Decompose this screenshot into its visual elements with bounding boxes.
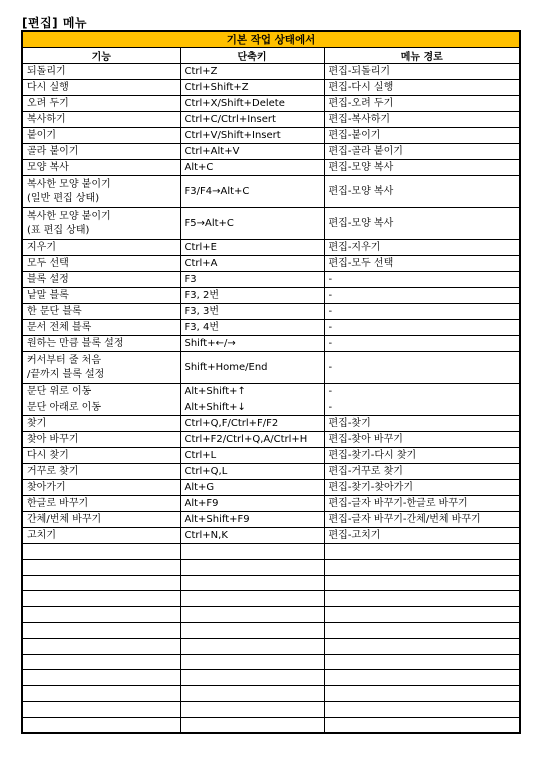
menu-path-cell: 편집-거꾸로 찾기 xyxy=(324,464,520,480)
shortcut-cell: F3, 3번 xyxy=(180,304,324,320)
shortcut-cell: Ctrl+N,K xyxy=(180,528,324,544)
shortcut-cell: F3 xyxy=(180,272,324,288)
cell-text: F3, 4번 xyxy=(185,320,320,335)
menu-path-cell: 편집-모양 복사 xyxy=(324,208,520,240)
menu-path-cell-empty xyxy=(324,607,520,623)
cell-text: 편집-모양 복사 xyxy=(329,160,516,175)
function-cell: 복사한 모양 붙이기(표 편집 상태) xyxy=(22,208,180,240)
cell-text: 고치기 xyxy=(27,528,176,543)
cell-text: Ctrl+C/Ctrl+Insert xyxy=(185,112,320,127)
cell-text: Alt+G xyxy=(185,480,320,495)
function-cell: 문서 전체 블록 xyxy=(22,320,180,336)
function-cell: 붙이기 xyxy=(22,128,180,144)
cell-text: Alt+F9 xyxy=(185,496,320,511)
menu-path-cell-empty xyxy=(324,717,520,733)
shortcut-cell: Alt+F9 xyxy=(180,496,324,512)
cell-text: 편집-골라 붙이기 xyxy=(329,144,516,159)
menu-path-cell-empty xyxy=(324,575,520,591)
cell-text: - xyxy=(329,320,516,335)
function-cell: 문단 위로 이동문단 아래로 이동 xyxy=(22,384,180,416)
cell-text: Ctrl+V/Shift+Insert xyxy=(185,128,320,143)
table-row: 다시 실행Ctrl+Shift+Z편집-다시 실행 xyxy=(22,80,520,96)
function-cell-empty xyxy=(22,575,180,591)
shortcut-cell: Ctrl+X/Shift+Delete xyxy=(180,96,324,112)
cell-text: 편집-고치기 xyxy=(329,528,516,543)
shortcut-cell: Shift+Home/End xyxy=(180,352,324,384)
table-row: 찾기Ctrl+Q,F/Ctrl+F/F2편집-찾기 xyxy=(22,416,520,432)
table-row: 한 문단 블록F3, 3번- xyxy=(22,304,520,320)
cell-text: 지우기 xyxy=(27,240,176,255)
menu-path-cell: 편집-복사하기 xyxy=(324,112,520,128)
cell-text: Alt+Shift+F9 xyxy=(185,512,320,527)
function-cell: 오려 두기 xyxy=(22,96,180,112)
menu-path-cell: 편집-고치기 xyxy=(324,528,520,544)
function-cell-empty xyxy=(22,622,180,638)
shortcut-cell-empty xyxy=(180,686,324,702)
function-cell: 골라 붙이기 xyxy=(22,144,180,160)
cell-text: 모두 선택 xyxy=(27,256,176,271)
menu-path-cell: - xyxy=(324,272,520,288)
table-row: 붙이기Ctrl+V/Shift+Insert편집-붙이기 xyxy=(22,128,520,144)
table-row: 모두 선택Ctrl+A편집-모두 선택 xyxy=(22,256,520,272)
table-row: 오려 두기Ctrl+X/Shift+Delete편집-오려 두기 xyxy=(22,96,520,112)
function-cell: 복사한 모양 붙이기(일반 편집 상태) xyxy=(22,176,180,208)
table-row: 한글로 바꾸기Alt+F9편집-글자 바꾸기-한글로 바꾸기 xyxy=(22,496,520,512)
cell-text: - xyxy=(329,361,516,375)
col-header-shortcut: 단축키 xyxy=(180,48,324,64)
menu-path-cell: 편집-찾기-찾아가기 xyxy=(324,480,520,496)
column-header-row: 기능 단축키 메뉴 경로 xyxy=(22,48,520,64)
cell-text: 편집-모양 복사 xyxy=(329,185,516,199)
menu-path-cell-empty xyxy=(324,591,520,607)
table-row: 지우기Ctrl+E편집-지우기 xyxy=(22,240,520,256)
empty-row xyxy=(22,638,520,654)
function-cell: 찾아가기 xyxy=(22,480,180,496)
cell-text: 복사한 모양 붙이기 xyxy=(27,178,176,192)
cell-text: 커서부터 줄 처음 xyxy=(27,354,176,368)
shortcut-cell-empty xyxy=(180,591,324,607)
cell-text: 편집-오려 두기 xyxy=(329,96,516,111)
shortcut-cell-empty xyxy=(180,544,324,560)
table-row: 다시 찾기Ctrl+L편집-찾기-다시 찾기 xyxy=(22,448,520,464)
function-cell-empty xyxy=(22,559,180,575)
menu-path-cell-empty xyxy=(324,670,520,686)
function-cell: 찾아 바꾸기 xyxy=(22,432,180,448)
function-cell-empty xyxy=(22,544,180,560)
empty-row xyxy=(22,670,520,686)
empty-row xyxy=(22,654,520,670)
cell-text: 편집-되돌리기 xyxy=(329,64,516,79)
table-row: 찾아가기Alt+G편집-찾기-찾아가기 xyxy=(22,480,520,496)
cell-text: Ctrl+Q,F/Ctrl+F/F2 xyxy=(185,416,320,431)
function-cell-empty xyxy=(22,591,180,607)
menu-path-cell: 편집-오려 두기 xyxy=(324,96,520,112)
shortcut-cell: Ctrl+L xyxy=(180,448,324,464)
cell-text: 복사하기 xyxy=(27,112,176,127)
cell-text: - xyxy=(329,336,516,351)
cell-text: 낱말 블록 xyxy=(27,288,176,303)
shortcut-cell: F3, 4번 xyxy=(180,320,324,336)
cell-text: 찾아가기 xyxy=(27,480,176,495)
table-row: 고치기Ctrl+N,K편집-고치기 xyxy=(22,528,520,544)
cell-text: 편집-모양 복사 xyxy=(329,217,516,231)
menu-path-cell: 편집-찾아 바꾸기 xyxy=(324,432,520,448)
empty-row xyxy=(22,701,520,717)
menu-path-cell: 편집-모양 복사 xyxy=(324,176,520,208)
empty-row xyxy=(22,622,520,638)
cell-text: 문단 위로 이동 xyxy=(27,384,176,400)
menu-path-cell: 편집-다시 실행 xyxy=(324,80,520,96)
empty-row xyxy=(22,575,520,591)
cell-text: 편집-지우기 xyxy=(329,240,516,255)
menu-path-cell: -- xyxy=(324,384,520,416)
cell-text: 편집-다시 실행 xyxy=(329,80,516,95)
shortcut-cell: Ctrl+F2/Ctrl+Q,A/Ctrl+H xyxy=(180,432,324,448)
function-cell-empty xyxy=(22,607,180,623)
function-cell: 모양 복사 xyxy=(22,160,180,176)
cell-text: (일반 편집 상태) xyxy=(27,192,176,206)
function-cell: 한글로 바꾸기 xyxy=(22,496,180,512)
cell-text: Ctrl+F2/Ctrl+Q,A/Ctrl+H xyxy=(185,432,320,447)
shortcut-cell-empty xyxy=(180,575,324,591)
empty-row xyxy=(22,559,520,575)
cell-text: Ctrl+Alt+V xyxy=(185,144,320,159)
shortcut-cell-empty xyxy=(180,701,324,717)
function-cell: 낱말 블록 xyxy=(22,288,180,304)
table-row: 복사하기Ctrl+C/Ctrl+Insert편집-복사하기 xyxy=(22,112,520,128)
table-row: 간체/번체 바꾸기Alt+Shift+F9편집-글자 바꾸기-간체/번체 바꾸기 xyxy=(22,512,520,528)
shortcut-cell: F3, 2번 xyxy=(180,288,324,304)
cell-text: 편집-모두 선택 xyxy=(329,256,516,271)
shortcut-cell: Ctrl+C/Ctrl+Insert xyxy=(180,112,324,128)
empty-row xyxy=(22,686,520,702)
table-row: 낱말 블록F3, 2번- xyxy=(22,288,520,304)
menu-path-cell: 편집-글자 바꾸기-한글로 바꾸기 xyxy=(324,496,520,512)
menu-path-cell-empty xyxy=(324,638,520,654)
empty-row xyxy=(22,544,520,560)
cell-text: 문서 전체 블록 xyxy=(27,320,176,335)
function-cell: 고치기 xyxy=(22,528,180,544)
cell-text: 한글로 바꾸기 xyxy=(27,496,176,511)
function-cell: 커서부터 줄 처음/끝까지 블록 설정 xyxy=(22,352,180,384)
menu-path-cell: 편집-찾기 xyxy=(324,416,520,432)
table-row: 골라 붙이기Ctrl+Alt+V편집-골라 붙이기 xyxy=(22,144,520,160)
cell-text: 원하는 만큼 블록 설정 xyxy=(27,336,176,351)
table-row: 문서 전체 블록F3, 4번- xyxy=(22,320,520,336)
cell-text: 복사한 모양 붙이기 xyxy=(27,210,176,224)
function-cell: 지우기 xyxy=(22,240,180,256)
function-cell: 복사하기 xyxy=(22,112,180,128)
function-cell: 거꾸로 찾기 xyxy=(22,464,180,480)
menu-path-cell: 편집-찾기-다시 찾기 xyxy=(324,448,520,464)
menu-path-cell-empty xyxy=(324,701,520,717)
cell-text: Alt+Shift+↑ xyxy=(185,384,320,400)
banner-row: 기본 작업 상태에서 xyxy=(22,31,520,48)
shortcut-cell-empty xyxy=(180,638,324,654)
shortcut-cell: Ctrl+Alt+V xyxy=(180,144,324,160)
shortcut-cell-empty xyxy=(180,717,324,733)
empty-row xyxy=(22,717,520,733)
cell-text: F3, 3번 xyxy=(185,304,320,319)
cell-text: 편집-거꾸로 찾기 xyxy=(329,464,516,479)
menu-path-cell: 편집-글자 바꾸기-간체/번체 바꾸기 xyxy=(324,512,520,528)
cell-text: /끝까지 블록 설정 xyxy=(27,368,176,382)
cell-text: Shift+←/→ xyxy=(185,336,320,351)
menu-path-cell: - xyxy=(324,336,520,352)
cell-text: 블록 설정 xyxy=(27,272,176,287)
cell-text: Alt+C xyxy=(185,160,320,175)
cell-text: 편집-찾아 바꾸기 xyxy=(329,432,516,447)
table-row: 원하는 만큼 블록 설정Shift+←/→- xyxy=(22,336,520,352)
menu-path-cell-empty xyxy=(324,544,520,560)
function-cell-empty xyxy=(22,717,180,733)
shortcut-cell: Alt+Shift+F9 xyxy=(180,512,324,528)
table-row: 커서부터 줄 처음/끝까지 블록 설정Shift+Home/End- xyxy=(22,352,520,384)
shortcut-cell: Ctrl+V/Shift+Insert xyxy=(180,128,324,144)
shortcut-cell: Alt+C xyxy=(180,160,324,176)
cell-text: - xyxy=(329,304,516,319)
function-cell: 다시 실행 xyxy=(22,80,180,96)
shortcut-cell: Ctrl+Q,F/Ctrl+F/F2 xyxy=(180,416,324,432)
function-cell: 한 문단 블록 xyxy=(22,304,180,320)
shortcut-cell: Ctrl+Z xyxy=(180,64,324,80)
cell-text: 문단 아래로 이동 xyxy=(27,400,176,416)
function-cell: 찾기 xyxy=(22,416,180,432)
table-row: 블록 설정F3- xyxy=(22,272,520,288)
menu-path-cell: 편집-골라 붙이기 xyxy=(324,144,520,160)
cell-text: 편집-복사하기 xyxy=(329,112,516,127)
cell-text: 찾아 바꾸기 xyxy=(27,432,176,447)
table-row: 되돌리기Ctrl+Z편집-되돌리기 xyxy=(22,64,520,80)
function-cell-empty xyxy=(22,686,180,702)
shortcut-cell: Ctrl+Shift+Z xyxy=(180,80,324,96)
menu-path-cell-empty xyxy=(324,686,520,702)
cell-text: Ctrl+A xyxy=(185,256,320,271)
cell-text: Ctrl+Shift+Z xyxy=(185,80,320,95)
menu-path-cell: 편집-붙이기 xyxy=(324,128,520,144)
function-cell: 원하는 만큼 블록 설정 xyxy=(22,336,180,352)
cell-text: Shift+Home/End xyxy=(185,361,320,375)
shortcut-cell-empty xyxy=(180,670,324,686)
cell-text: 편집-찾기-다시 찾기 xyxy=(329,448,516,463)
col-header-menu-path: 메뉴 경로 xyxy=(324,48,520,64)
cell-text: 편집-글자 바꾸기-한글로 바꾸기 xyxy=(329,496,516,511)
banner-cell: 기본 작업 상태에서 xyxy=(22,31,520,48)
cell-text: 간체/번체 바꾸기 xyxy=(27,512,176,527)
cell-text: - xyxy=(329,288,516,303)
function-cell: 모두 선택 xyxy=(22,256,180,272)
cell-text: 편집-찾기 xyxy=(329,416,516,431)
cell-text: 찾기 xyxy=(27,416,176,431)
cell-text: F3 xyxy=(185,272,320,287)
function-cell-empty xyxy=(22,701,180,717)
menu-path-cell: 편집-지우기 xyxy=(324,240,520,256)
cell-text: 다시 실행 xyxy=(27,80,176,95)
function-cell-empty xyxy=(22,670,180,686)
table-body: 되돌리기Ctrl+Z편집-되돌리기다시 실행Ctrl+Shift+Z편집-다시 … xyxy=(22,64,520,734)
shortcut-cell-empty xyxy=(180,607,324,623)
table-row: 문단 위로 이동문단 아래로 이동Alt+Shift+↑Alt+Shift+↓-… xyxy=(22,384,520,416)
menu-path-cell-empty xyxy=(324,559,520,575)
function-cell: 되돌리기 xyxy=(22,64,180,80)
cell-text: F3/F4→Alt+C xyxy=(185,185,320,199)
function-cell: 간체/번체 바꾸기 xyxy=(22,512,180,528)
cell-text: 편집-글자 바꾸기-간체/번체 바꾸기 xyxy=(329,512,516,527)
shortcut-cell-empty xyxy=(180,654,324,670)
table-row: 복사한 모양 붙이기(표 편집 상태)F5→Alt+C편집-모양 복사 xyxy=(22,208,520,240)
cell-text: 거꾸로 찾기 xyxy=(27,464,176,479)
cell-text: - xyxy=(329,384,516,400)
col-header-function: 기능 xyxy=(22,48,180,64)
cell-text: Ctrl+N,K xyxy=(185,528,320,543)
cell-text: Ctrl+Q,L xyxy=(185,464,320,479)
cell-text: F5→Alt+C xyxy=(185,217,320,231)
shortcut-cell: Ctrl+Q,L xyxy=(180,464,324,480)
shortcut-cell-empty xyxy=(180,622,324,638)
cell-text: 편집-찾기-찾아가기 xyxy=(329,480,516,495)
shortcut-cell: Alt+G xyxy=(180,480,324,496)
menu-path-cell: - xyxy=(324,304,520,320)
empty-row xyxy=(22,607,520,623)
menu-path-cell-empty xyxy=(324,654,520,670)
cell-text: 다시 찾기 xyxy=(27,448,176,463)
cell-text: 편집-붙이기 xyxy=(329,128,516,143)
shortcut-cell: Shift+←/→ xyxy=(180,336,324,352)
shortcut-cell: Ctrl+E xyxy=(180,240,324,256)
cell-text: F3, 2번 xyxy=(185,288,320,303)
cell-text: Ctrl+Z xyxy=(185,64,320,79)
table-row: 모양 복사Alt+C편집-모양 복사 xyxy=(22,160,520,176)
cell-text: Alt+Shift+↓ xyxy=(185,400,320,416)
cell-text: 골라 붙이기 xyxy=(27,144,176,159)
cell-text: 오려 두기 xyxy=(27,96,176,111)
function-cell: 다시 찾기 xyxy=(22,448,180,464)
table-row: 찾아 바꾸기Ctrl+F2/Ctrl+Q,A/Ctrl+H편집-찾아 바꾸기 xyxy=(22,432,520,448)
cell-text: 되돌리기 xyxy=(27,64,176,79)
cell-text: 모양 복사 xyxy=(27,160,176,175)
page-title: [편집] 메뉴 xyxy=(22,14,87,31)
shortcut-cell-empty xyxy=(180,559,324,575)
menu-path-cell: - xyxy=(324,352,520,384)
menu-path-cell: 편집-모양 복사 xyxy=(324,160,520,176)
cell-text: - xyxy=(329,272,516,287)
function-cell-empty xyxy=(22,638,180,654)
shortcut-cell: F3/F4→Alt+C xyxy=(180,176,324,208)
shortcut-cell: Ctrl+A xyxy=(180,256,324,272)
function-cell-empty xyxy=(22,654,180,670)
cell-text: - xyxy=(329,400,516,416)
cell-text: (표 편집 상태) xyxy=(27,224,176,238)
empty-row xyxy=(22,591,520,607)
menu-path-cell-empty xyxy=(324,622,520,638)
shortcut-cell: F5→Alt+C xyxy=(180,208,324,240)
cell-text: 한 문단 블록 xyxy=(27,304,176,319)
shortcut-cell: Alt+Shift+↑Alt+Shift+↓ xyxy=(180,384,324,416)
shortcut-table: 기본 작업 상태에서 기능 단축키 메뉴 경로 되돌리기Ctrl+Z편집-되돌리… xyxy=(21,30,521,734)
table-row: 거꾸로 찾기Ctrl+Q,L편집-거꾸로 찾기 xyxy=(22,464,520,480)
menu-path-cell: 편집-되돌리기 xyxy=(324,64,520,80)
cell-text: Ctrl+X/Shift+Delete xyxy=(185,96,320,111)
cell-text: Ctrl+L xyxy=(185,448,320,463)
cell-text: 붙이기 xyxy=(27,128,176,143)
menu-path-cell: - xyxy=(324,320,520,336)
menu-path-cell: 편집-모두 선택 xyxy=(324,256,520,272)
cell-text: Ctrl+E xyxy=(185,240,320,255)
table-row: 복사한 모양 붙이기(일반 편집 상태)F3/F4→Alt+C편집-모양 복사 xyxy=(22,176,520,208)
menu-path-cell: - xyxy=(324,288,520,304)
function-cell: 블록 설정 xyxy=(22,272,180,288)
